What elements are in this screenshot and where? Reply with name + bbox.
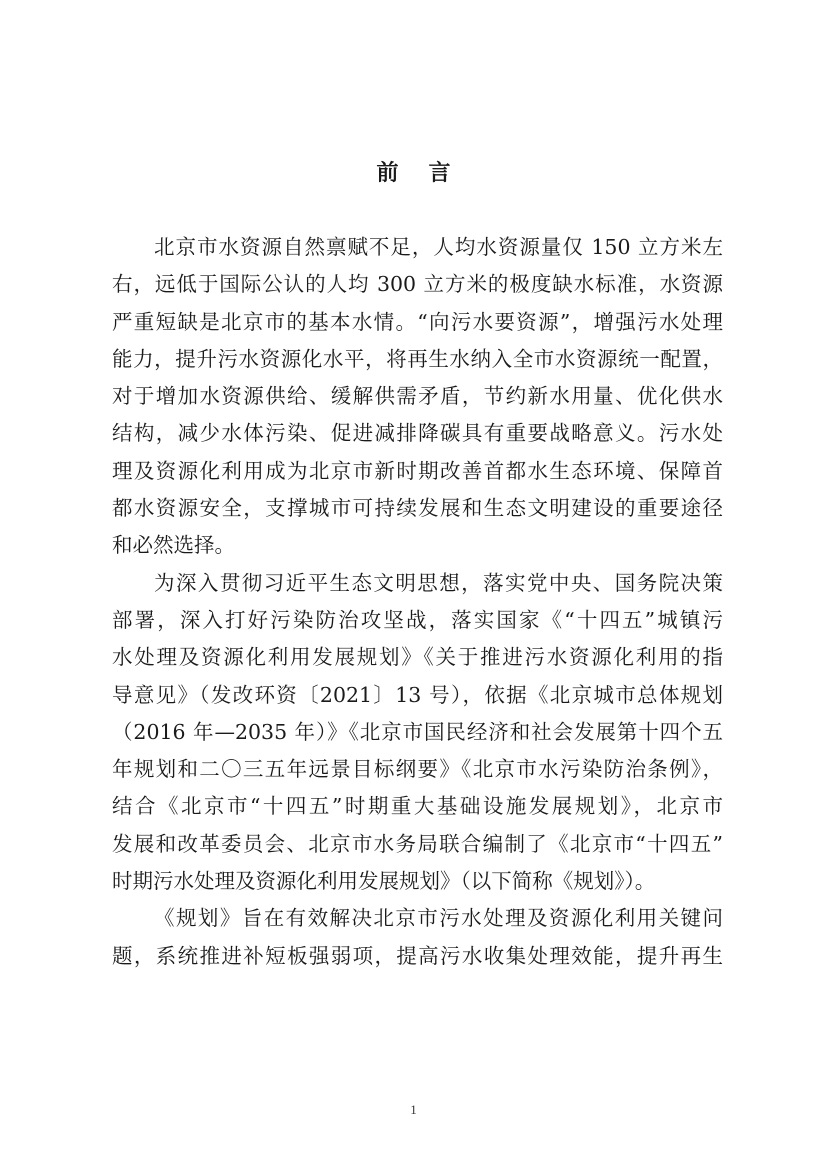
paragraph-2-line: 年规划和二〇三五年远景目标纲要》《北京市水污染防治条例》，: [112, 751, 723, 788]
paragraph-1-line: 结构，减少水体污染、促进减排降碳具有重要战略意义。污水处: [112, 415, 723, 452]
title-char-1: 前: [376, 156, 398, 187]
paragraph-1-line: 理及资源化利用成为北京市新时期改善首都水生态环境、保障首: [112, 453, 723, 490]
page-number: 1: [0, 1102, 827, 1118]
paragraph-1-line: 都水资源安全，支撑城市可持续发展和生态文明建设的重要途径: [112, 490, 723, 527]
paragraph-1-line: 北京市水资源自然禀赋不足，人均水资源量仅 150 立方米左: [112, 229, 723, 266]
paragraph-3-line: 《规划》旨在有效解决北京市污水处理及资源化利用关键问: [112, 900, 723, 937]
page-title: 前言: [0, 156, 827, 187]
paragraph-1-line: 对于增加水资源供给、缓解供需矛盾，节约新水用量、优化供水: [112, 378, 723, 415]
paragraph-2-line: 部署，深入打好污染防治攻坚战，落实国家《“十四五”城镇污: [112, 602, 723, 639]
document-body: 北京市水资源自然禀赋不足，人均水资源量仅 150 立方米左 右，远低于国际公认的…: [112, 229, 723, 975]
paragraph-2-line: 水处理及资源化利用发展规划》《关于推进污水资源化利用的指: [112, 639, 723, 676]
paragraph-1-line: 右，远低于国际公认的人均 300 立方米的极度缺水标准，水资源: [112, 266, 723, 303]
paragraph-2-line: 导意见》（发改环资〔2021〕13 号），依据《北京城市总体规划: [112, 677, 723, 714]
paragraph-1-line: 和必然选择。: [112, 527, 723, 564]
paragraph-2-line: 结合《北京市“十四五”时期重大基础设施发展规划》，北京市: [112, 788, 723, 825]
paragraph-2-line: 为深入贯彻习近平生态文明思想，落实党中央、国务院决策: [112, 565, 723, 602]
paragraph-3-line: 题，系统推进补短板强弱项，提高污水收集处理效能，提升再生: [112, 938, 723, 975]
paragraph-1-line: 能力，提升污水资源化水平，将再生水纳入全市水资源统一配置，: [112, 341, 723, 378]
paragraph-2-line: 时期污水处理及资源化利用发展规划》（以下简称《规划》）。: [112, 863, 723, 900]
title-char-2: 言: [429, 156, 451, 187]
paragraph-2-line: （2016 年—2035 年）》《北京市国民经济和社会发展第十四个五: [112, 714, 723, 751]
paragraph-1-line: 严重短缺是北京市的基本水情。“向污水要资源”，增强污水处理: [112, 304, 723, 341]
paragraph-2-line: 发展和改革委员会、北京市水务局联合编制了《北京市“十四五”: [112, 826, 723, 863]
